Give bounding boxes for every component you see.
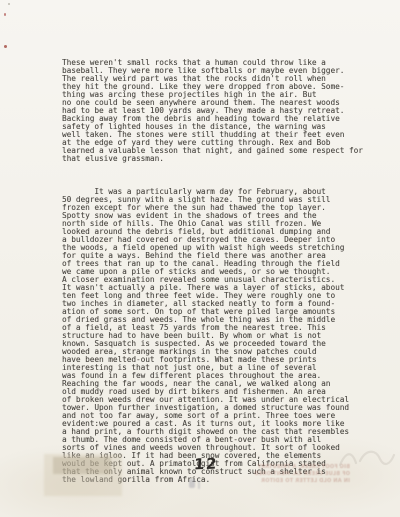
bleedthrough-photo-ghost bbox=[44, 454, 122, 496]
ink-smudge-mark bbox=[189, 479, 195, 488]
ink-smudge bbox=[188, 478, 204, 492]
ink-smudge-mark bbox=[198, 480, 200, 489]
paper-speck bbox=[8, 3, 10, 5]
document-page: These weren't small rocks that a human c… bbox=[0, 0, 400, 517]
paragraph-1: These weren't small rocks that a human c… bbox=[62, 59, 382, 163]
paper-speck bbox=[4, 45, 7, 48]
page-number-handwritten: 12 bbox=[193, 455, 218, 474]
typed-text-block: These weren't small rocks that a human c… bbox=[62, 43, 382, 500]
paragraph-2: It was a particularly warm day for Febru… bbox=[62, 188, 382, 484]
bleedthrough-text: BIG FOOT CREEK, A TRIBUTARY OF BLUE CREE… bbox=[270, 464, 350, 485]
bleedthrough-photo-ghost-inner bbox=[53, 457, 111, 474]
paper-speck bbox=[4, 13, 6, 16]
